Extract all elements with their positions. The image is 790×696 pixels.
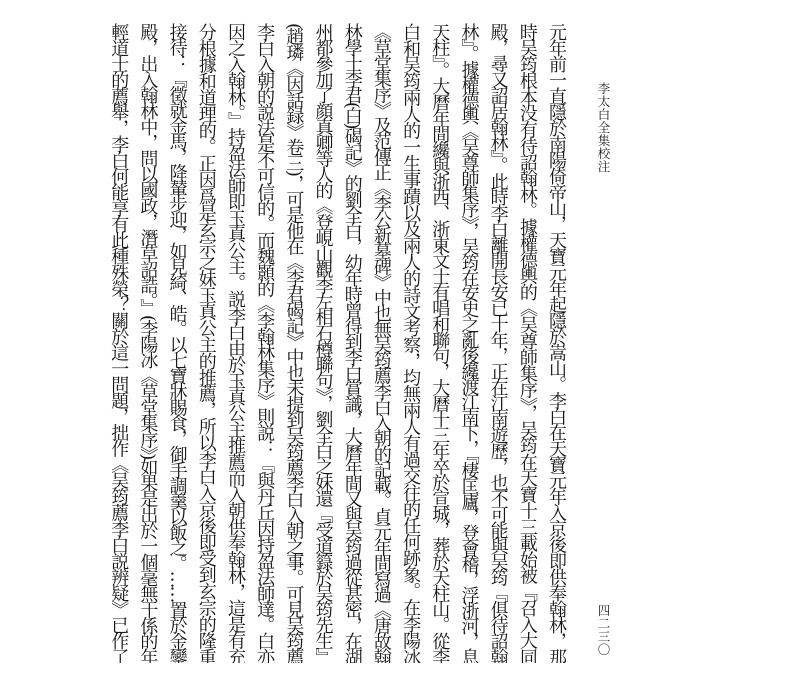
page-number: 四二三〇 xyxy=(596,604,610,656)
text-column: 林學士李君(白)碣記》的劉全白，幼年時曾得到李白賞識，大曆年間又與吴筠過從甚密，… xyxy=(338,23,367,663)
text-column: 接待：『徵就金馬，降輦步迎，如見綺、皓。以七寶牀賜食，御手調羹以飯之。……置於金… xyxy=(162,23,191,663)
text-column: 時吴筠根本没有待詔翰林。據權德輿的《吴尊師集序》，吴筠在天寶十三載始被『召入大同 xyxy=(513,23,542,663)
text-column: 李白入朝的説法是不可信的。而魏顥的《李翰林集序》則説：『與丹丘因持盈法師達。白亦 xyxy=(250,23,279,663)
text-column: 天柱』。大曆年間纔與浙西、浙東文士有唱和聯句，大曆十三年卒於宣城，葬於天柱山。從… xyxy=(425,23,454,663)
text-column: 分根據和道理的。正因爲是玄宗之妹玉真公主的推薦，所以李白入京後即受到玄宗的隆重 xyxy=(192,23,221,663)
running-head: 李太白全集校注 xyxy=(596,82,610,173)
body-text: 元年前一直隱於南陽倚帝山，天寶元年起隱於嵩山。李白在天寶元年入京後即供奉翰林，那… xyxy=(104,23,571,663)
text-column: 殿，出入翰林中，問以國政，潛草詔誥。』(李陽冰《草堂集序》)如果是出於一個毫無干… xyxy=(133,23,162,663)
text-column: 《草堂集序》及范傳正《李公新墓碑》中也無吴筠薦李白入朝的記載。貞元年間寫過《唐故… xyxy=(367,23,396,663)
text-column: 殿，尋又詔居翰林』。此時李白離開長安已十年，正在江南遊歷，也不可能與吴筠『俱待詔… xyxy=(483,23,512,663)
book-page: 李太白全集校注 四二三〇 元年前一直隱於南陽倚帝山，天寶元年起隱於嵩山。李白在天… xyxy=(0,0,790,696)
text-column: 白和吴筠兩人的一生事蹟以及兩人的詩文考察，均無兩人有過交往的任何跡象。在李陽冰 xyxy=(396,23,425,663)
text-column: 林』。據權德輿《吴尊師集序》，吴筠在安史之亂後纔渡江南下，『棲匡廬，登會稽，浮浙… xyxy=(454,23,483,663)
text-column: 州都參加了顔真卿等人的《登峴山觀李左相石樽聯句》，劉全白之妹還『受道籙於吴筠先生… xyxy=(308,23,337,663)
text-column: (趙璘《因話録》卷三)，可是他在《李君碣記》中也未提到吴筠薦李白入朝之事。可見吴… xyxy=(279,23,308,663)
text-column: 輕道士的薦舉，李白何能享有此種殊榮？關於這一問題，拙作《吴筠薦李白説辨疑》已作了 xyxy=(104,23,133,663)
text-column: 因之入翰林。』持盈法師即玉真公主。説李白由於玉真公主推薦而入朝供奉翰林，這是有充 xyxy=(221,23,250,663)
text-column: 元年前一直隱於南陽倚帝山，天寶元年起隱於嵩山。李白在天寶元年入京後即供奉翰林，那 xyxy=(542,23,571,663)
